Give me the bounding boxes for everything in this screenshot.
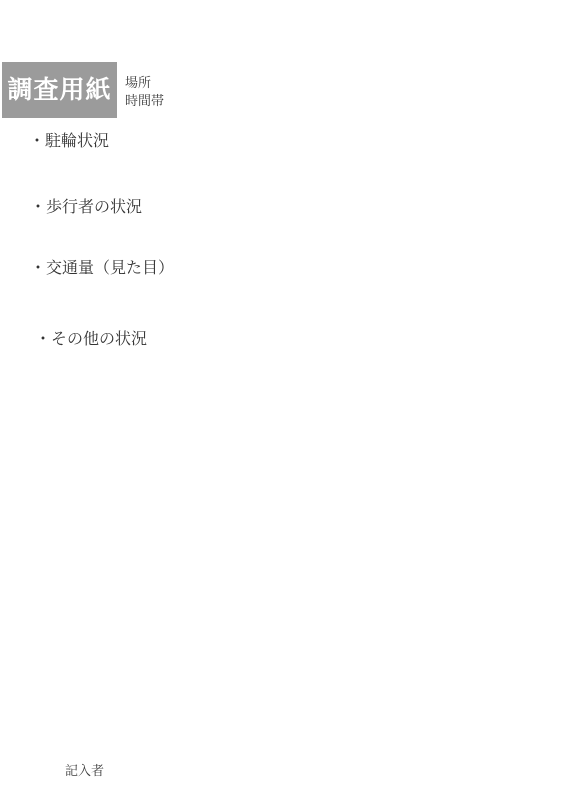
bullet-icon: ・ bbox=[35, 332, 51, 348]
list-item-label: その他の状況 bbox=[51, 332, 147, 348]
bullet-icon: ・ bbox=[29, 134, 45, 150]
title-box: 調査用紙 bbox=[2, 62, 117, 118]
list-item-label: 駐輪状況 bbox=[45, 134, 109, 150]
list-item-bicycle-parking: ・駐輪状況 bbox=[29, 134, 109, 150]
list-item-pedestrians: ・歩行者の状況 bbox=[30, 200, 142, 216]
list-item-other-conditions: ・その他の状況 bbox=[35, 332, 147, 348]
bullet-icon: ・ bbox=[30, 200, 46, 216]
field-place-label: 場所 bbox=[125, 76, 151, 89]
list-item-label: 交通量（見た目） bbox=[46, 261, 174, 277]
survey-sheet-page: 調査用紙 場所 時間帯 ・駐輪状況 ・歩行者の状況 ・交通量（見た目） ・その他… bbox=[0, 0, 572, 797]
list-item-label: 歩行者の状況 bbox=[46, 200, 142, 216]
list-item-traffic-volume: ・交通量（見た目） bbox=[30, 261, 174, 277]
page-title: 調査用紙 bbox=[7, 78, 111, 103]
recorder-label: 記入者 bbox=[65, 764, 104, 777]
bullet-icon: ・ bbox=[30, 261, 46, 277]
field-time-label: 時間帯 bbox=[125, 94, 164, 107]
